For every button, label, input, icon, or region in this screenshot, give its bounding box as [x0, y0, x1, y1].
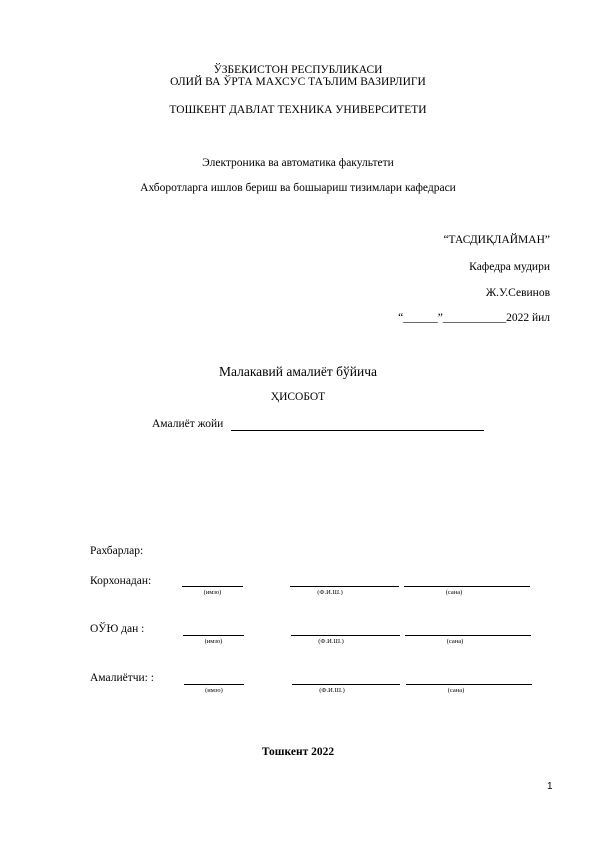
faculty-name: Электроника ва автоматика факультети — [0, 157, 596, 170]
full-name-caption: (Ф.И.Ш.) — [290, 589, 370, 597]
approval-position: Кафедра мудири — [469, 261, 550, 274]
full-name-caption: (Ф.И.Ш.) — [291, 638, 371, 646]
date-caption: (сана) — [406, 687, 506, 695]
department-name: Ахборотларга ишлов бериш ва бошыариш тиз… — [0, 182, 596, 195]
signature-field[interactable] — [184, 684, 244, 685]
date-field[interactable] — [404, 586, 530, 587]
full-name-field[interactable] — [291, 635, 400, 636]
practice-place-label: Амалиёт жойи — [152, 418, 223, 431]
page-number: 1 — [547, 781, 553, 792]
full-name-caption: (Ф.И.Ш.) — [292, 687, 372, 695]
ministry-heading: ОЛИЙ ВА ЎРТА МАХСУС ТАЪЛИМ ВАЗИРЛИГИ — [0, 76, 596, 89]
signature-caption: (имзо) — [184, 687, 244, 695]
approval-name: Ж.У.Севинов — [486, 287, 550, 300]
report-subtitle: Малакавий амалиёт бўйича — [0, 364, 596, 379]
signature-row-label: Корхонадан: — [90, 575, 151, 588]
full-name-field[interactable] — [292, 684, 400, 685]
signature-caption: (имзо) — [182, 589, 243, 597]
approval-title: “ТАСДИҚЛАЙМАН” — [443, 234, 550, 247]
signature-field[interactable] — [182, 586, 243, 587]
full-name-field[interactable] — [290, 586, 399, 587]
supervisors-heading: Рахбарлар: — [90, 545, 143, 558]
signature-row-label: ОЎЮ дан : — [90, 623, 144, 636]
approval-date: “______”___________2022 йил — [398, 312, 550, 325]
practice-place-field[interactable] — [231, 430, 484, 431]
signature-field[interactable] — [183, 635, 244, 636]
report-title: ҲИСОБОТ — [0, 391, 596, 404]
date-field[interactable] — [406, 684, 532, 685]
city-year: Тошкент 2022 — [0, 746, 596, 759]
date-field[interactable] — [405, 635, 531, 636]
signature-caption: (имзо) — [183, 638, 244, 646]
university-heading: ТОШКЕНТ ДАВЛАТ ТЕХНИКА УНИВЕРСИТЕТИ — [0, 104, 596, 117]
date-caption: (сана) — [405, 638, 505, 646]
date-caption: (сана) — [404, 589, 504, 597]
signature-row-label: Амалиётчи: : — [90, 672, 154, 685]
